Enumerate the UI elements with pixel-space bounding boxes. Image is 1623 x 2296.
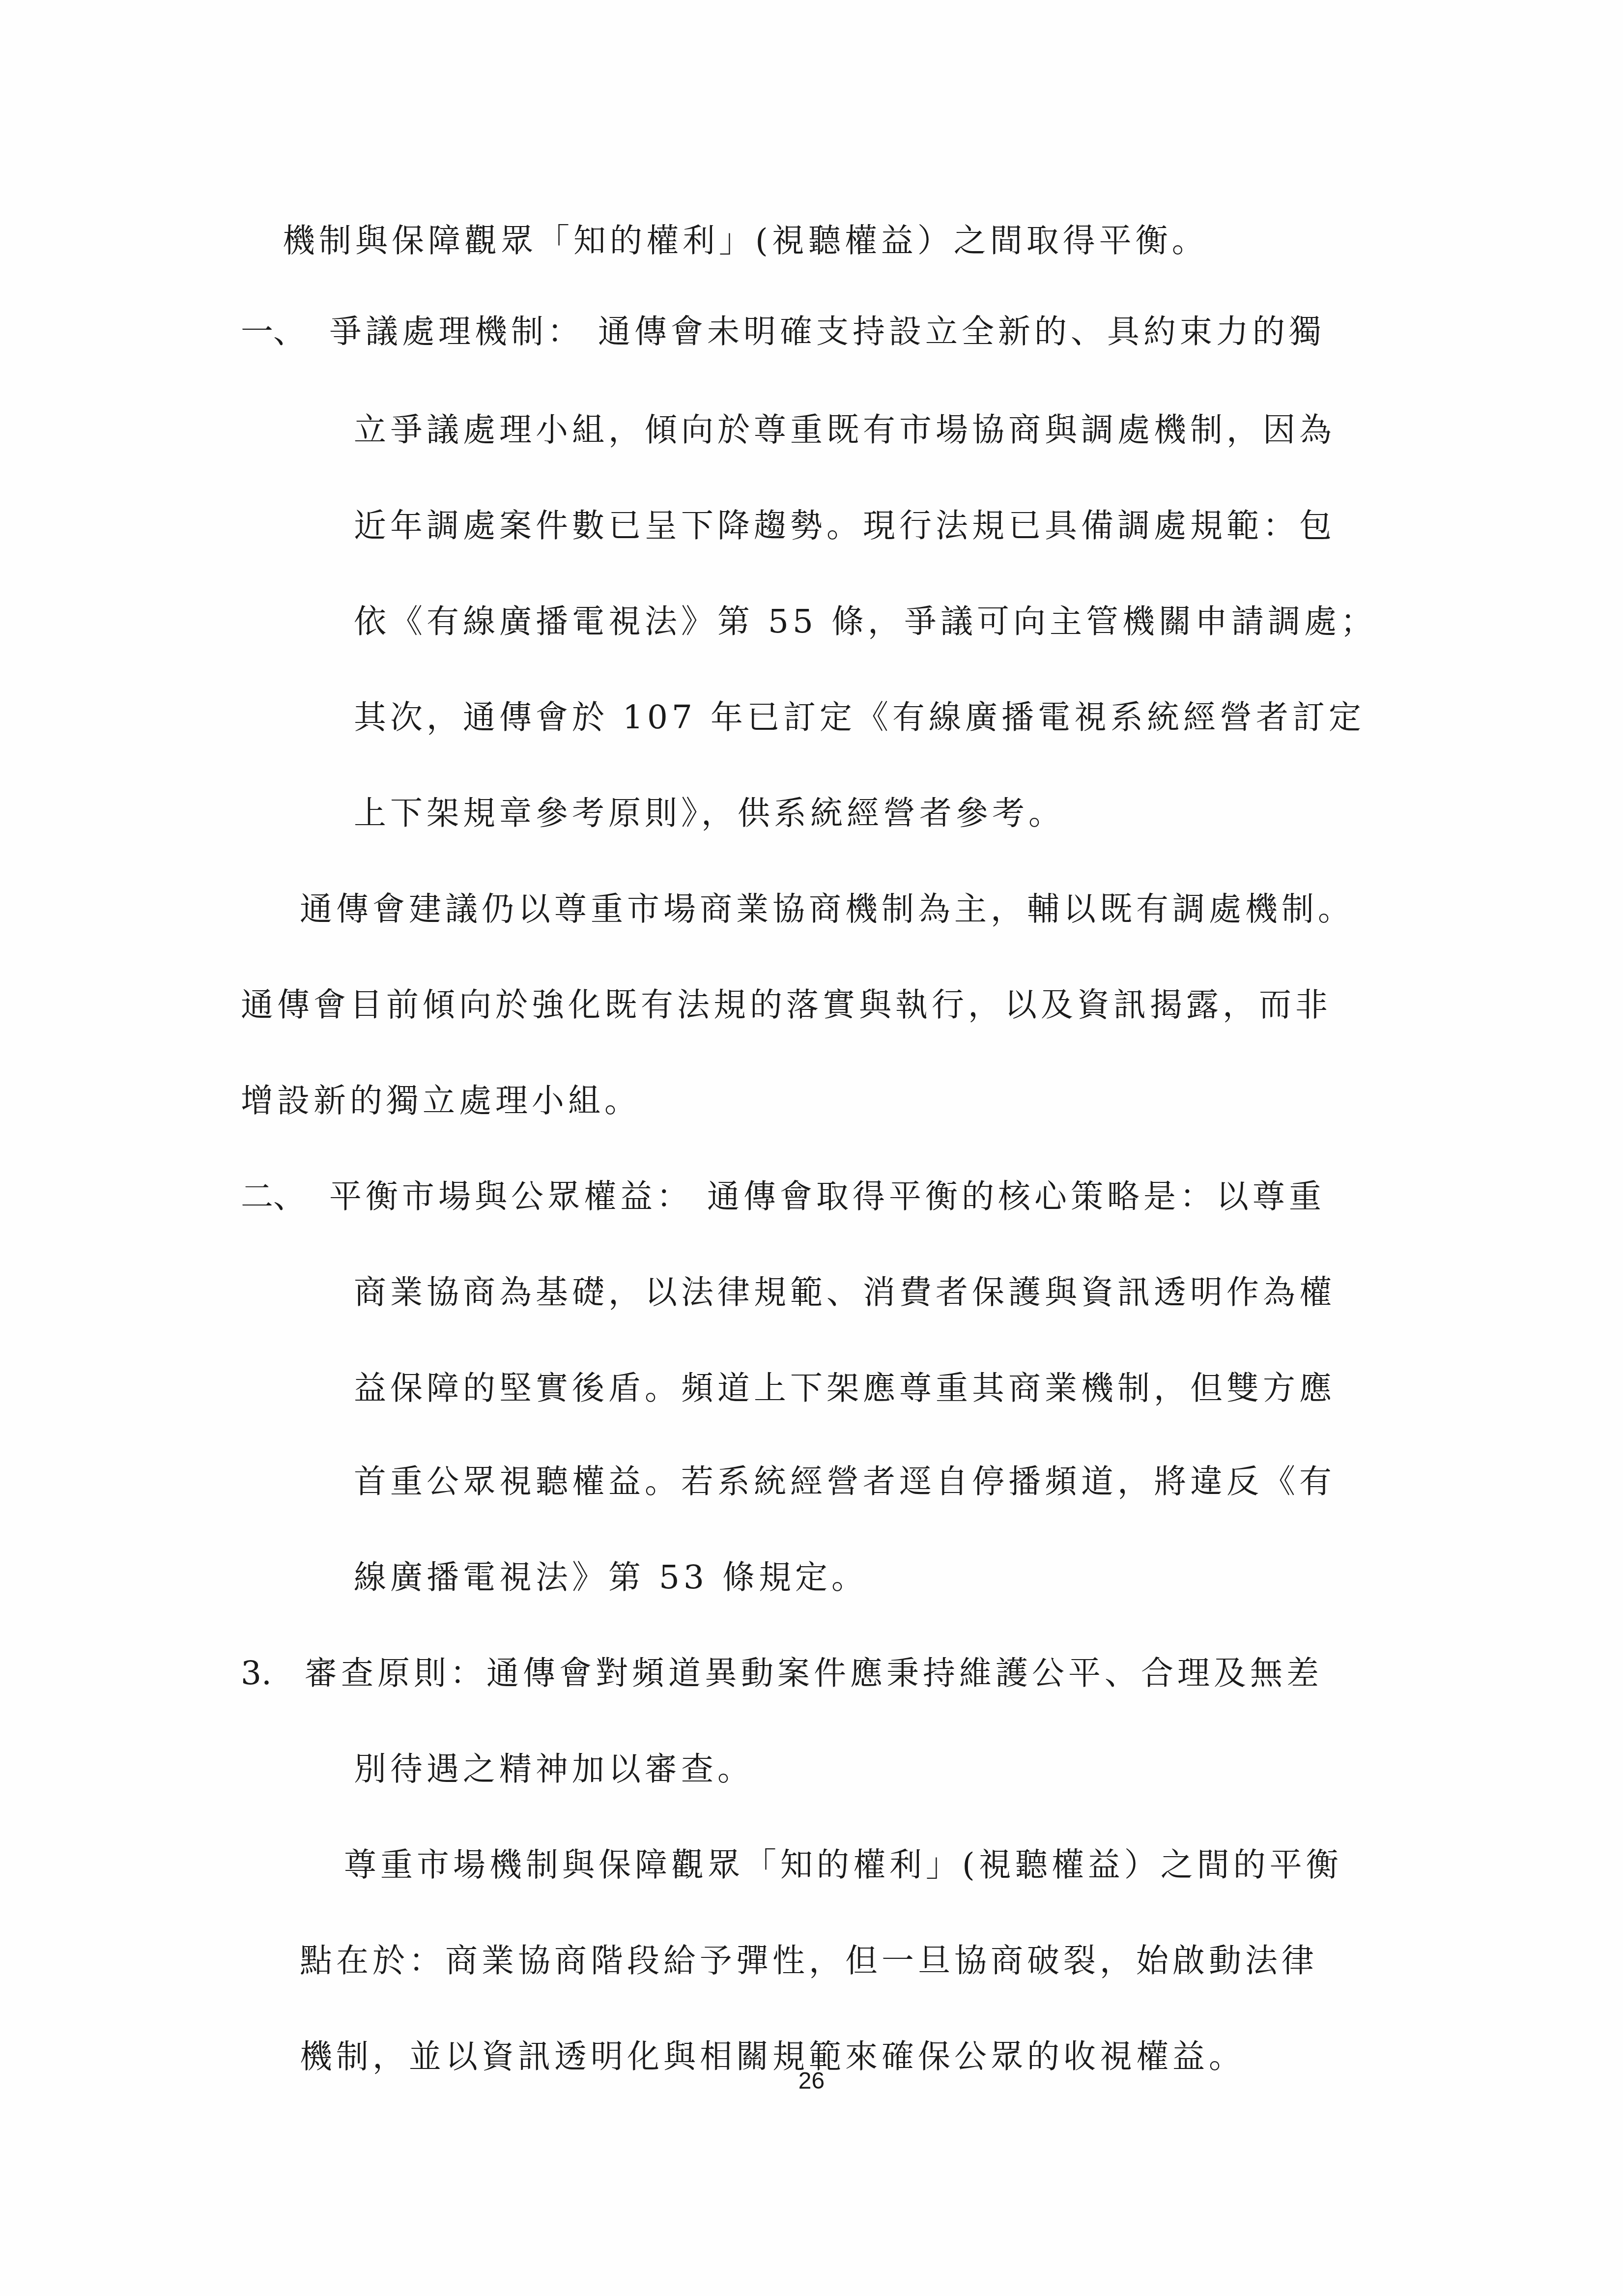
section-2-line: 線廣播電視法》第 53 條規定。 <box>354 1553 868 1602</box>
section-1-line: 近年調處案件數已呈下降趨勢。現行法規已具備調處規範：包 <box>354 501 1336 550</box>
paragraph-1-line: 增設新的獨立處理小組。 <box>241 1076 641 1125</box>
section-1-line: 上下架規章參考原則》，供系統經營者參考。 <box>354 789 1065 838</box>
section-3-line: 別待遇之精神加以審查。 <box>354 1745 754 1794</box>
section-2-line: 平衡市場與公眾權益： 通傳會取得平衡的核心策略是：以尊重 <box>329 1172 1325 1221</box>
section-2-line: 商業協商為基礎，以法律規範、消費者保護與資訊透明作為權 <box>354 1268 1336 1317</box>
section-1-line: 爭議處理機制： 通傳會未明確支持設立全新的、具約束力的獨 <box>329 307 1325 356</box>
section-3-marker: 3. <box>241 1649 272 1698</box>
section-1-marker: 一、 <box>241 307 306 356</box>
intro-line: 機制與保障觀眾「知的權利」(視聽權益）之間取得平衡。 <box>283 216 1208 265</box>
section-2-marker: 二、 <box>241 1172 306 1221</box>
page-number: 26 <box>0 2066 1623 2096</box>
conclusion-line: 尊重市場機制與保障觀眾「知的權利」(視聽權益）之間的平衡 <box>344 1840 1342 1890</box>
section-1-line: 依《有線廣播電視法》第 55 條，爭議可向主管機關申請調處； <box>354 597 1377 646</box>
section-1-line: 立爭議處理小組，傾向於尊重既有市場協商與調處機制，因為 <box>354 405 1336 455</box>
paragraph-1-line: 通傳會目前傾向於強化既有法規的落實與執行，以及資訊揭露，而非 <box>241 980 1332 1030</box>
conclusion-line: 點在於：商業協商階段給予彈性，但一旦協商破裂，始啟動法律 <box>300 1936 1318 1985</box>
section-2-line: 益保障的堅實後盾。頻道上下架應尊重其商業機制，但雙方應 <box>354 1364 1336 1413</box>
section-3-line: 審查原則：通傳會對頻道異動案件應秉持維護公平、合理及無差 <box>305 1649 1323 1698</box>
section-1-line: 其次，通傳會於 107 年已訂定《有線廣播電視系統經營者訂定 <box>354 693 1365 742</box>
paragraph-1-line: 通傳會建議仍以尊重市場商業協商機制為主，輔以既有調處機制。 <box>300 885 1354 934</box>
document-page: 機制與保障觀眾「知的權利」(視聽權益）之間取得平衡。 一、 爭議處理機制： 通傳… <box>0 0 1623 2296</box>
section-2-line: 首重公眾視聽權益。若系統經營者逕自停播頻道，將違反《有 <box>354 1457 1336 1506</box>
